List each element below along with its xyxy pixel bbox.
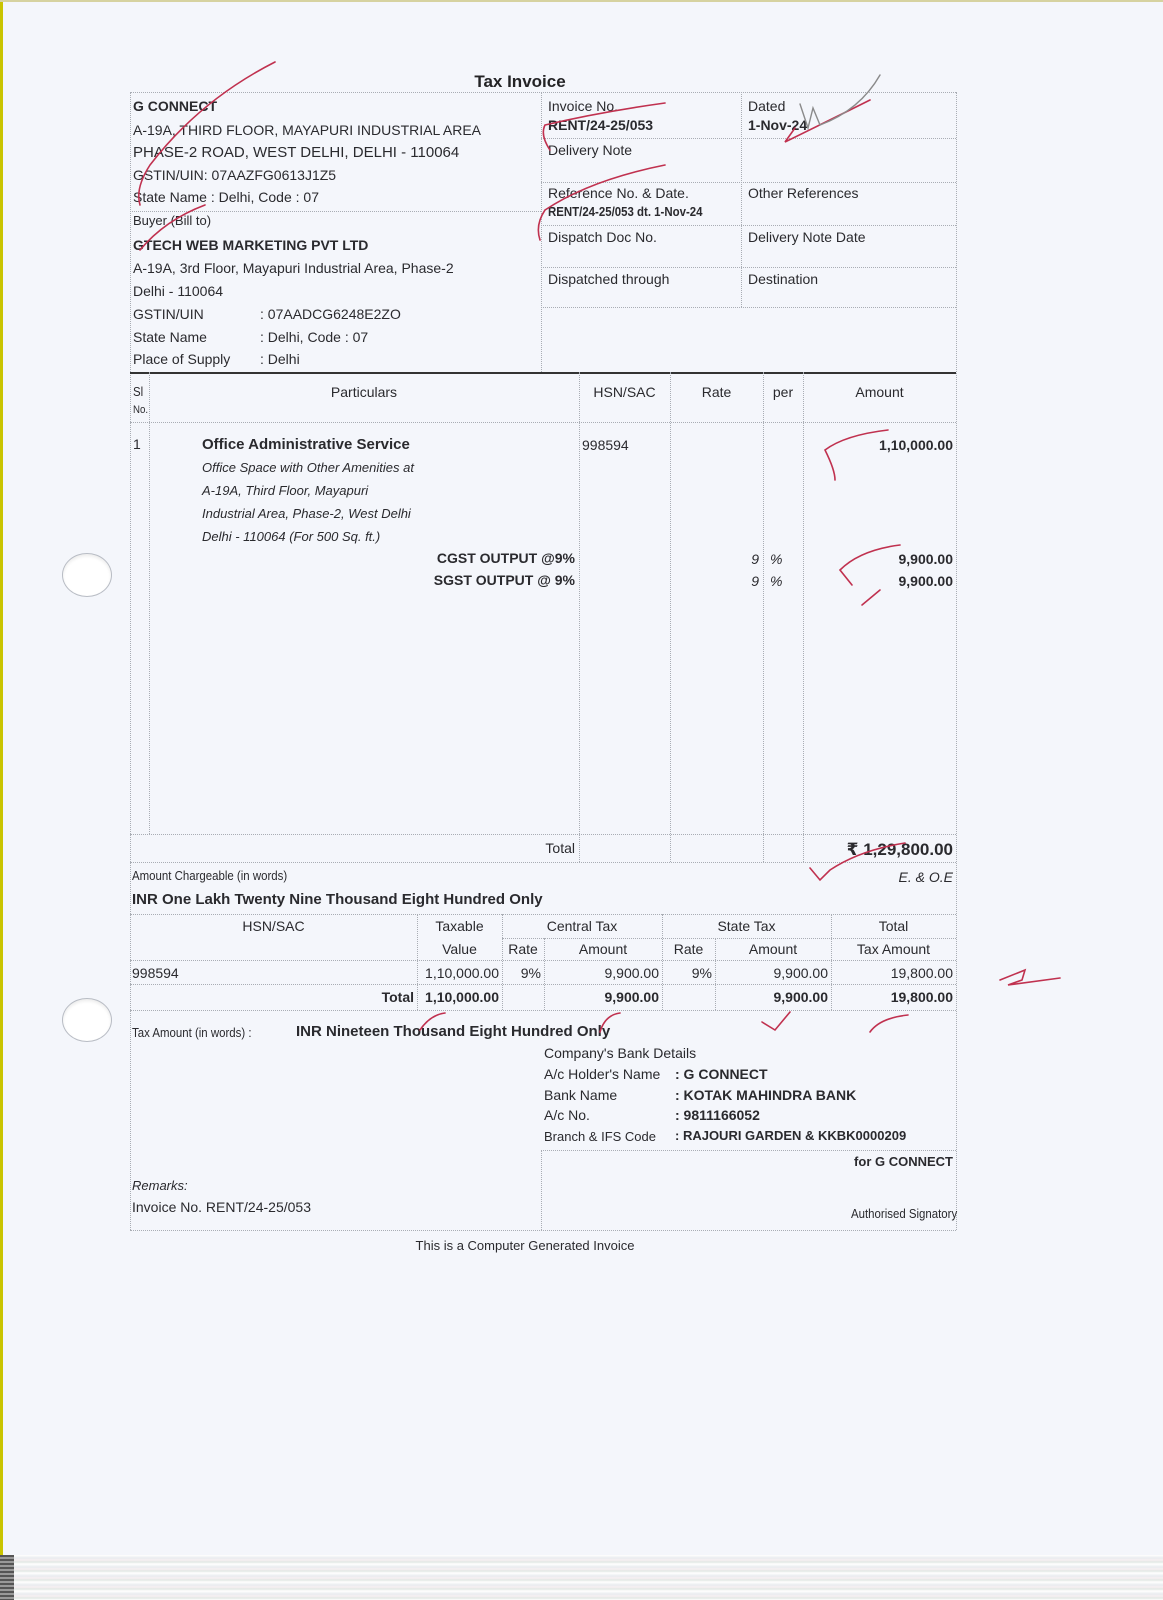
invoice-sheet: G CONNECT A-19A, THIRD FLOOR, MAYAPURI I…: [130, 92, 956, 1248]
bank-account-value: : 9811166052: [675, 1107, 760, 1123]
summary-total-header-2: Tax Amount: [831, 941, 956, 957]
buyer-address-line1: A-19A, 3rd Floor, Mayapuri Industrial Ar…: [133, 260, 454, 276]
bank-holder-label: A/c Holder's Name: [544, 1066, 660, 1082]
summary-state-header: State Tax: [662, 918, 831, 934]
bank-name-label: Bank Name: [544, 1087, 617, 1103]
scanner-artifact: [0, 1555, 1163, 1600]
summary-total-tax: 19,800.00: [831, 989, 953, 1005]
col-amount-header: Amount: [803, 384, 956, 400]
summary-row-total: 19,800.00: [831, 965, 953, 981]
item-description: Office Space with Other Amenities at: [202, 460, 414, 475]
buyer-place-label: Place of Supply: [133, 351, 230, 367]
summary-taxable-header: Taxable: [417, 918, 502, 934]
amount-words-value: INR One Lakh Twenty Nine Thousand Eight …: [132, 891, 543, 908]
seller-state: State Name : Delhi, Code : 07: [133, 189, 319, 205]
col-sl-header-2: No.: [133, 404, 148, 416]
summary-total-central: 9,900.00: [544, 989, 659, 1005]
reference-label: Reference No. & Date.: [548, 185, 689, 201]
buyer-state-label: State Name: [133, 329, 207, 345]
item-description: A-19A, Third Floor, Mayapuri: [202, 483, 368, 498]
sgst-per: %: [770, 573, 782, 589]
sgst-label: SGST OUTPUT @ 9%: [149, 572, 575, 588]
page-edge: [0, 0, 3, 1555]
bank-branch-label: Branch & IFS Code: [544, 1129, 656, 1144]
col-rate-header: Rate: [670, 384, 763, 400]
authorised-signatory: Authorised Signatory: [790, 1206, 957, 1221]
items-total-amount: ₹ 1,29,800.00: [803, 840, 953, 860]
computer-generated-note: This is a Computer Generated Invoice: [130, 1238, 920, 1253]
reference-value: RENT/24-25/053 dt. 1-Nov-24: [548, 204, 703, 219]
summary-central-header: Central Tax: [502, 918, 662, 934]
sgst-rate: 9: [670, 573, 759, 589]
dated-label: Dated: [748, 98, 785, 114]
tax-words-value: INR Nineteen Thousand Eight Hundred Only: [296, 1023, 610, 1040]
summary-total-taxable: 1,10,000.00: [417, 989, 499, 1005]
cgst-label: CGST OUTPUT @9%: [149, 550, 575, 566]
destination-label: Destination: [748, 271, 818, 287]
summary-central-amount-header: Amount: [544, 941, 662, 957]
items-total-label: Total: [149, 840, 575, 856]
invoice-no-label: Invoice No.: [548, 98, 618, 114]
buyer-gstin-value: : 07AADCG6248E2ZO: [260, 306, 401, 322]
page-edge-top: [0, 0, 1163, 2]
delivery-note-date-label: Delivery Note Date: [748, 229, 866, 245]
summary-hsn-header: HSN/SAC: [130, 918, 417, 934]
item-description: Delhi - 110064 (For 500 Sq. ft.): [202, 529, 380, 544]
summary-state-rate-header: Rate: [662, 941, 715, 957]
item-title: Office Administrative Service: [202, 436, 410, 453]
seller-gstin: GSTIN/UIN: 07AAZFG0613J1Z5: [133, 167, 336, 183]
cgst-rate: 9: [670, 551, 759, 567]
other-references-label: Other References: [748, 185, 859, 201]
eoe-label: E. & O.E: [803, 869, 953, 885]
item-hsn: 998594: [582, 437, 629, 453]
seller-address-line1: A-19A, THIRD FLOOR, MAYAPURI INDUSTRIAL …: [133, 122, 481, 138]
bank-holder-value: : G CONNECT: [675, 1066, 768, 1082]
dispatch-doc-label: Dispatch Doc No.: [548, 229, 657, 245]
amount-words-label: Amount Chargeable (in words): [132, 868, 287, 883]
buyer-place-value: : Delhi: [260, 351, 300, 367]
summary-taxable-header-2: Value: [417, 941, 502, 957]
summary-row-hsn: 998594: [132, 965, 179, 981]
buyer-state-value: : Delhi, Code : 07: [260, 329, 368, 345]
sgst-amount: 9,900.00: [803, 573, 953, 589]
summary-central-rate-header: Rate: [502, 941, 544, 957]
summary-row-state-amount: 9,900.00: [715, 965, 828, 981]
tax-words-label: Tax Amount (in words) :: [132, 1025, 252, 1040]
invoice-no-value: RENT/24-25/053: [548, 117, 653, 133]
summary-row-taxable: 1,10,000.00: [417, 965, 499, 981]
summary-total-label: Total: [130, 989, 414, 1005]
col-hsn-header: HSN/SAC: [579, 384, 670, 400]
buyer-name: GTECH WEB MARKETING PVT LTD: [133, 237, 368, 253]
cgst-amount: 9,900.00: [803, 551, 953, 567]
summary-row-state-rate: 9%: [662, 965, 712, 981]
summary-state-amount-header: Amount: [715, 941, 831, 957]
summary-total-state: 9,900.00: [715, 989, 828, 1005]
col-per-header: per: [763, 384, 803, 400]
bank-name-value: : KOTAK MAHINDRA BANK: [675, 1087, 856, 1103]
buyer-address-line2: Delhi - 110064: [133, 283, 223, 299]
col-particulars-header: Particulars: [149, 384, 579, 400]
remarks-value: Invoice No. RENT/24-25/053: [132, 1199, 311, 1215]
seller-address-line2: PHASE-2 ROAD, WEST DELHI, DELHI - 110064: [133, 144, 459, 161]
item-description: Industrial Area, Phase-2, West Delhi: [202, 506, 411, 521]
bank-account-label: A/c No.: [544, 1107, 590, 1123]
remarks-label: Remarks:: [132, 1178, 188, 1193]
item-amount: 1,10,000.00: [803, 437, 953, 453]
summary-row-central-amount: 9,900.00: [544, 965, 659, 981]
summary-row-central-rate: 9%: [502, 965, 541, 981]
bank-branch-value: : RAJOURI GARDEN & KKBK0000209: [675, 1128, 906, 1143]
bank-title: Company's Bank Details: [544, 1045, 696, 1061]
signature-for-company: for G CONNECT: [541, 1154, 953, 1169]
document-title: Tax Invoice: [0, 72, 1040, 92]
dispatched-through-label: Dispatched through: [548, 271, 669, 287]
col-sl-header: Sl: [133, 384, 143, 399]
summary-total-header: Total: [831, 918, 956, 934]
cgst-per: %: [770, 551, 782, 567]
punch-hole: [62, 553, 112, 597]
punch-hole: [62, 998, 112, 1042]
delivery-note-label: Delivery Note: [548, 142, 632, 158]
buyer-gstin-label: GSTIN/UIN: [133, 306, 204, 322]
dated-value: 1-Nov-24: [748, 117, 807, 133]
buyer-label: Buyer (Bill to): [133, 213, 211, 228]
seller-name: G CONNECT: [133, 98, 217, 114]
item-sl: 1: [133, 436, 141, 452]
